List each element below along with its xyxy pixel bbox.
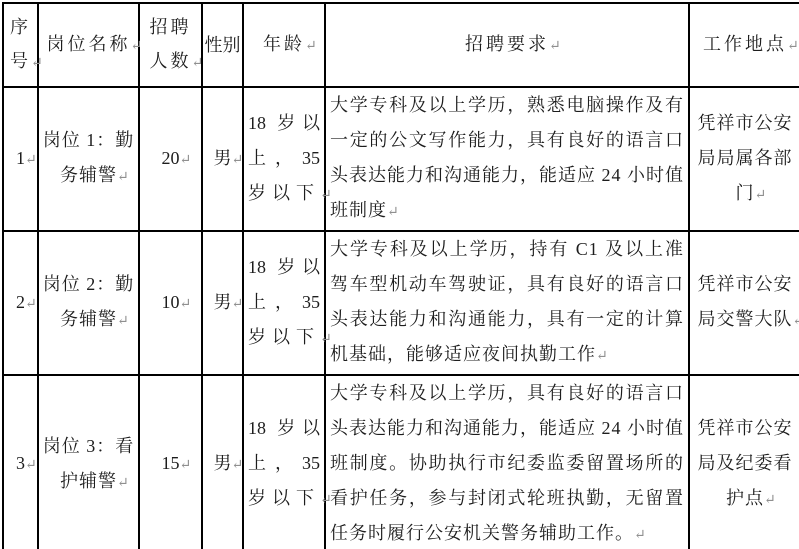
header-cell-gender: 性别 <box>202 3 243 87</box>
cell-requirements: 大学专科及以上学历，熟悉电脑操作及有一定的公文写作能力，具有良好的语言口头表达能… <box>325 87 689 231</box>
cell-location: 凭祥市公安局交警大队↵ <box>689 231 799 375</box>
cell-text: 18 岁以上，35 岁以下 <box>248 418 320 508</box>
cell-position: 岗位 1：勤务辅警↵ <box>38 87 139 231</box>
table-row: 2↵ 岗位 2：勤务辅警↵ 10↵ 男↵ 18 岁以上，35 岁以下↵ 大学专科… <box>3 231 799 375</box>
cell-text: 凭祥市公安局及纪委看护点 <box>698 418 793 508</box>
cell-location: 凭祥市公安局及纪委看护点↵ <box>689 375 799 549</box>
header-label: 招聘要求 <box>465 34 549 54</box>
header-cell-count: 招聘人数↵ <box>139 3 202 87</box>
cell-text: 1 <box>16 148 25 168</box>
cell-text: 凭祥市公安局交警大队 <box>698 274 793 329</box>
cell-index: 3↵ <box>3 375 38 549</box>
header-label: 性别 <box>205 35 241 55</box>
recruitment-table: 序号↵ 岗位名称↵ 招聘人数↵ 性别 年龄↵ 招聘要求↵ 工作地点↵ 1↵ 岗位… <box>2 2 799 549</box>
header-label: 序号 <box>10 17 31 71</box>
cell-text: 男 <box>214 292 232 312</box>
cell-text: 大学专科及以上学历，熟悉电脑操作及有一定的公文写作能力，具有良好的语言口头表达能… <box>330 95 684 220</box>
cell-text: 3 <box>16 453 25 473</box>
header-label: 工作地点 <box>703 34 787 54</box>
cell-count: 20↵ <box>139 87 202 231</box>
cell-gender: 男↵ <box>202 87 243 231</box>
cell-age: 18 岁以上，35 岁以下↵ <box>243 375 325 549</box>
table-row: 1↵ 岗位 1：勤务辅警↵ 20↵ 男↵ 18 岁以上，35 岁以下↵ 大学专科… <box>3 87 799 231</box>
cell-text: 2 <box>16 292 25 312</box>
cell-text: 18 岁以上，35 岁以下 <box>248 113 320 203</box>
cell-text: 20 <box>162 148 180 168</box>
header-cell-location: 工作地点↵ <box>689 3 799 87</box>
cell-index: 2↵ <box>3 231 38 375</box>
header-cell-position: 岗位名称↵ <box>38 3 139 87</box>
cell-text: 15 <box>162 453 180 473</box>
cell-text: 男 <box>214 453 232 473</box>
header-cell-index: 序号↵ <box>3 3 38 87</box>
cell-text: 18 岁以上，35 岁以下 <box>248 257 320 347</box>
cell-age: 18 岁以上，35 岁以下↵ <box>243 87 325 231</box>
cell-text: 10 <box>162 292 180 312</box>
header-label: 年龄 <box>263 34 305 54</box>
header-label: 招聘人数 <box>150 17 192 71</box>
cell-text: 大学专科及以上学历，具有良好的语言口头表达能力和沟通能力，能适应 24 小时值班… <box>330 383 684 543</box>
cell-gender: 男↵ <box>202 231 243 375</box>
cell-text: 大学专科及以上学历，持有 C1 及以上准驾车型机动车驾驶证，具有良好的语言口头表… <box>330 239 684 364</box>
table-row: 3↵ 岗位 3：看护辅警↵ 15↵ 男↵ 18 岁以上，35 岁以下↵ 大学专科… <box>3 375 799 549</box>
cell-position: 岗位 3：看护辅警↵ <box>38 375 139 549</box>
cell-text: 男 <box>214 148 232 168</box>
cell-count: 15↵ <box>139 375 202 549</box>
cell-count: 10↵ <box>139 231 202 375</box>
header-cell-age: 年龄↵ <box>243 3 325 87</box>
cell-requirements: 大学专科及以上学历，具有良好的语言口头表达能力和沟通能力，能适应 24 小时值班… <box>325 375 689 549</box>
cell-requirements: 大学专科及以上学历，持有 C1 及以上准驾车型机动车驾驶证，具有良好的语言口头表… <box>325 231 689 375</box>
header-cell-requirements: 招聘要求↵ <box>325 3 689 87</box>
cell-index: 1↵ <box>3 87 38 231</box>
cell-gender: 男↵ <box>202 375 243 549</box>
cell-age: 18 岁以上，35 岁以下↵ <box>243 231 325 375</box>
cell-position: 岗位 2：勤务辅警↵ <box>38 231 139 375</box>
cell-location: 凭祥市公安局局属各部门↵ <box>689 87 799 231</box>
header-label: 岗位名称 <box>47 34 131 54</box>
cell-text: 凭祥市公安局局属各部门 <box>698 113 793 203</box>
header-row: 序号↵ 岗位名称↵ 招聘人数↵ 性别 年龄↵ 招聘要求↵ 工作地点↵ <box>3 3 799 87</box>
